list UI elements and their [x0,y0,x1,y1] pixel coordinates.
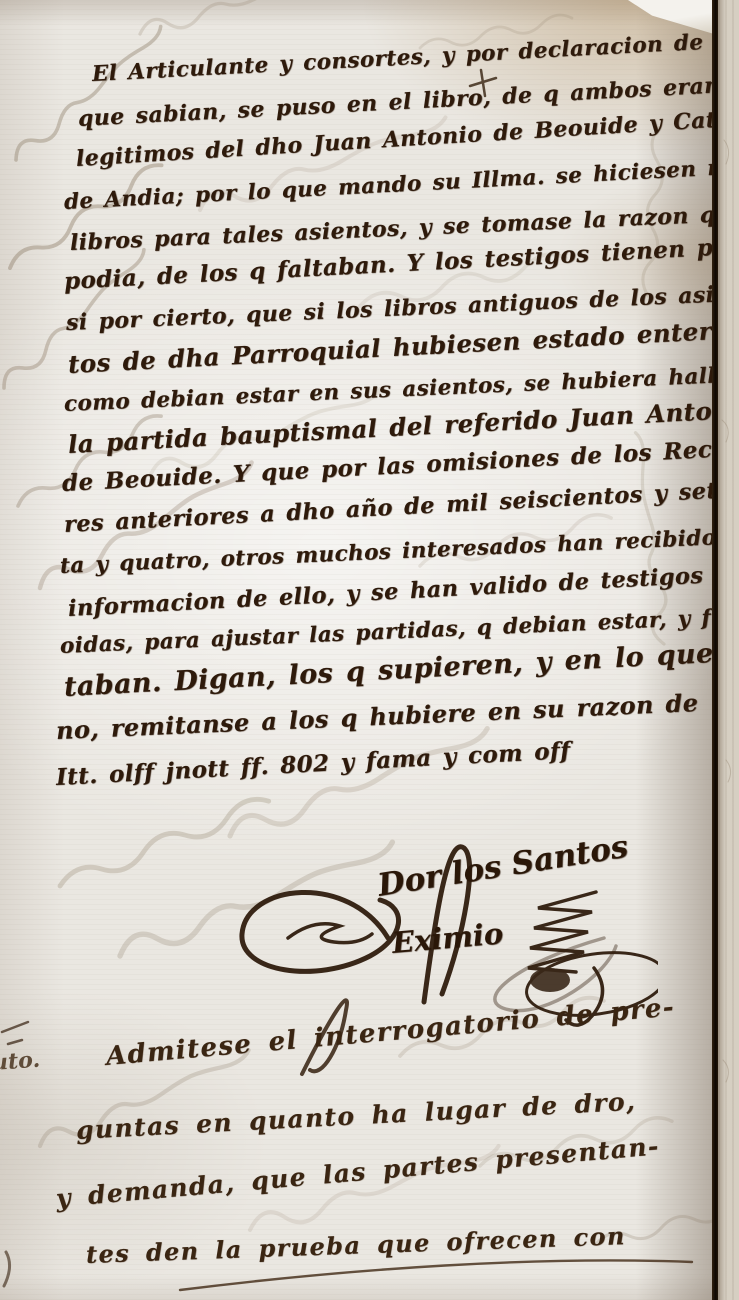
signature-name: Dor los Santos [375,829,630,904]
closing-abbreviation-line: Itt. olff jnott ff. 802 y fama y com off [55,737,571,791]
decree-line: tes den la prueba que ofrecen con [85,1221,626,1269]
manuscript-page: El Articulante y consortes, y por declar… [0,0,739,1300]
signature-title: Eximio [391,916,505,960]
decree-line: guntas en quanto ha lugar de dro, [75,1087,636,1145]
decree-line: y demanda, que las partes presentan- [55,1131,661,1213]
paper-sheet: El Articulante y consortes, y por declar… [0,0,714,1300]
next-page-marks [718,0,739,1300]
next-page-edge [718,0,739,1300]
torn-corner [628,0,714,34]
marginal-note: uto. [0,1047,41,1076]
